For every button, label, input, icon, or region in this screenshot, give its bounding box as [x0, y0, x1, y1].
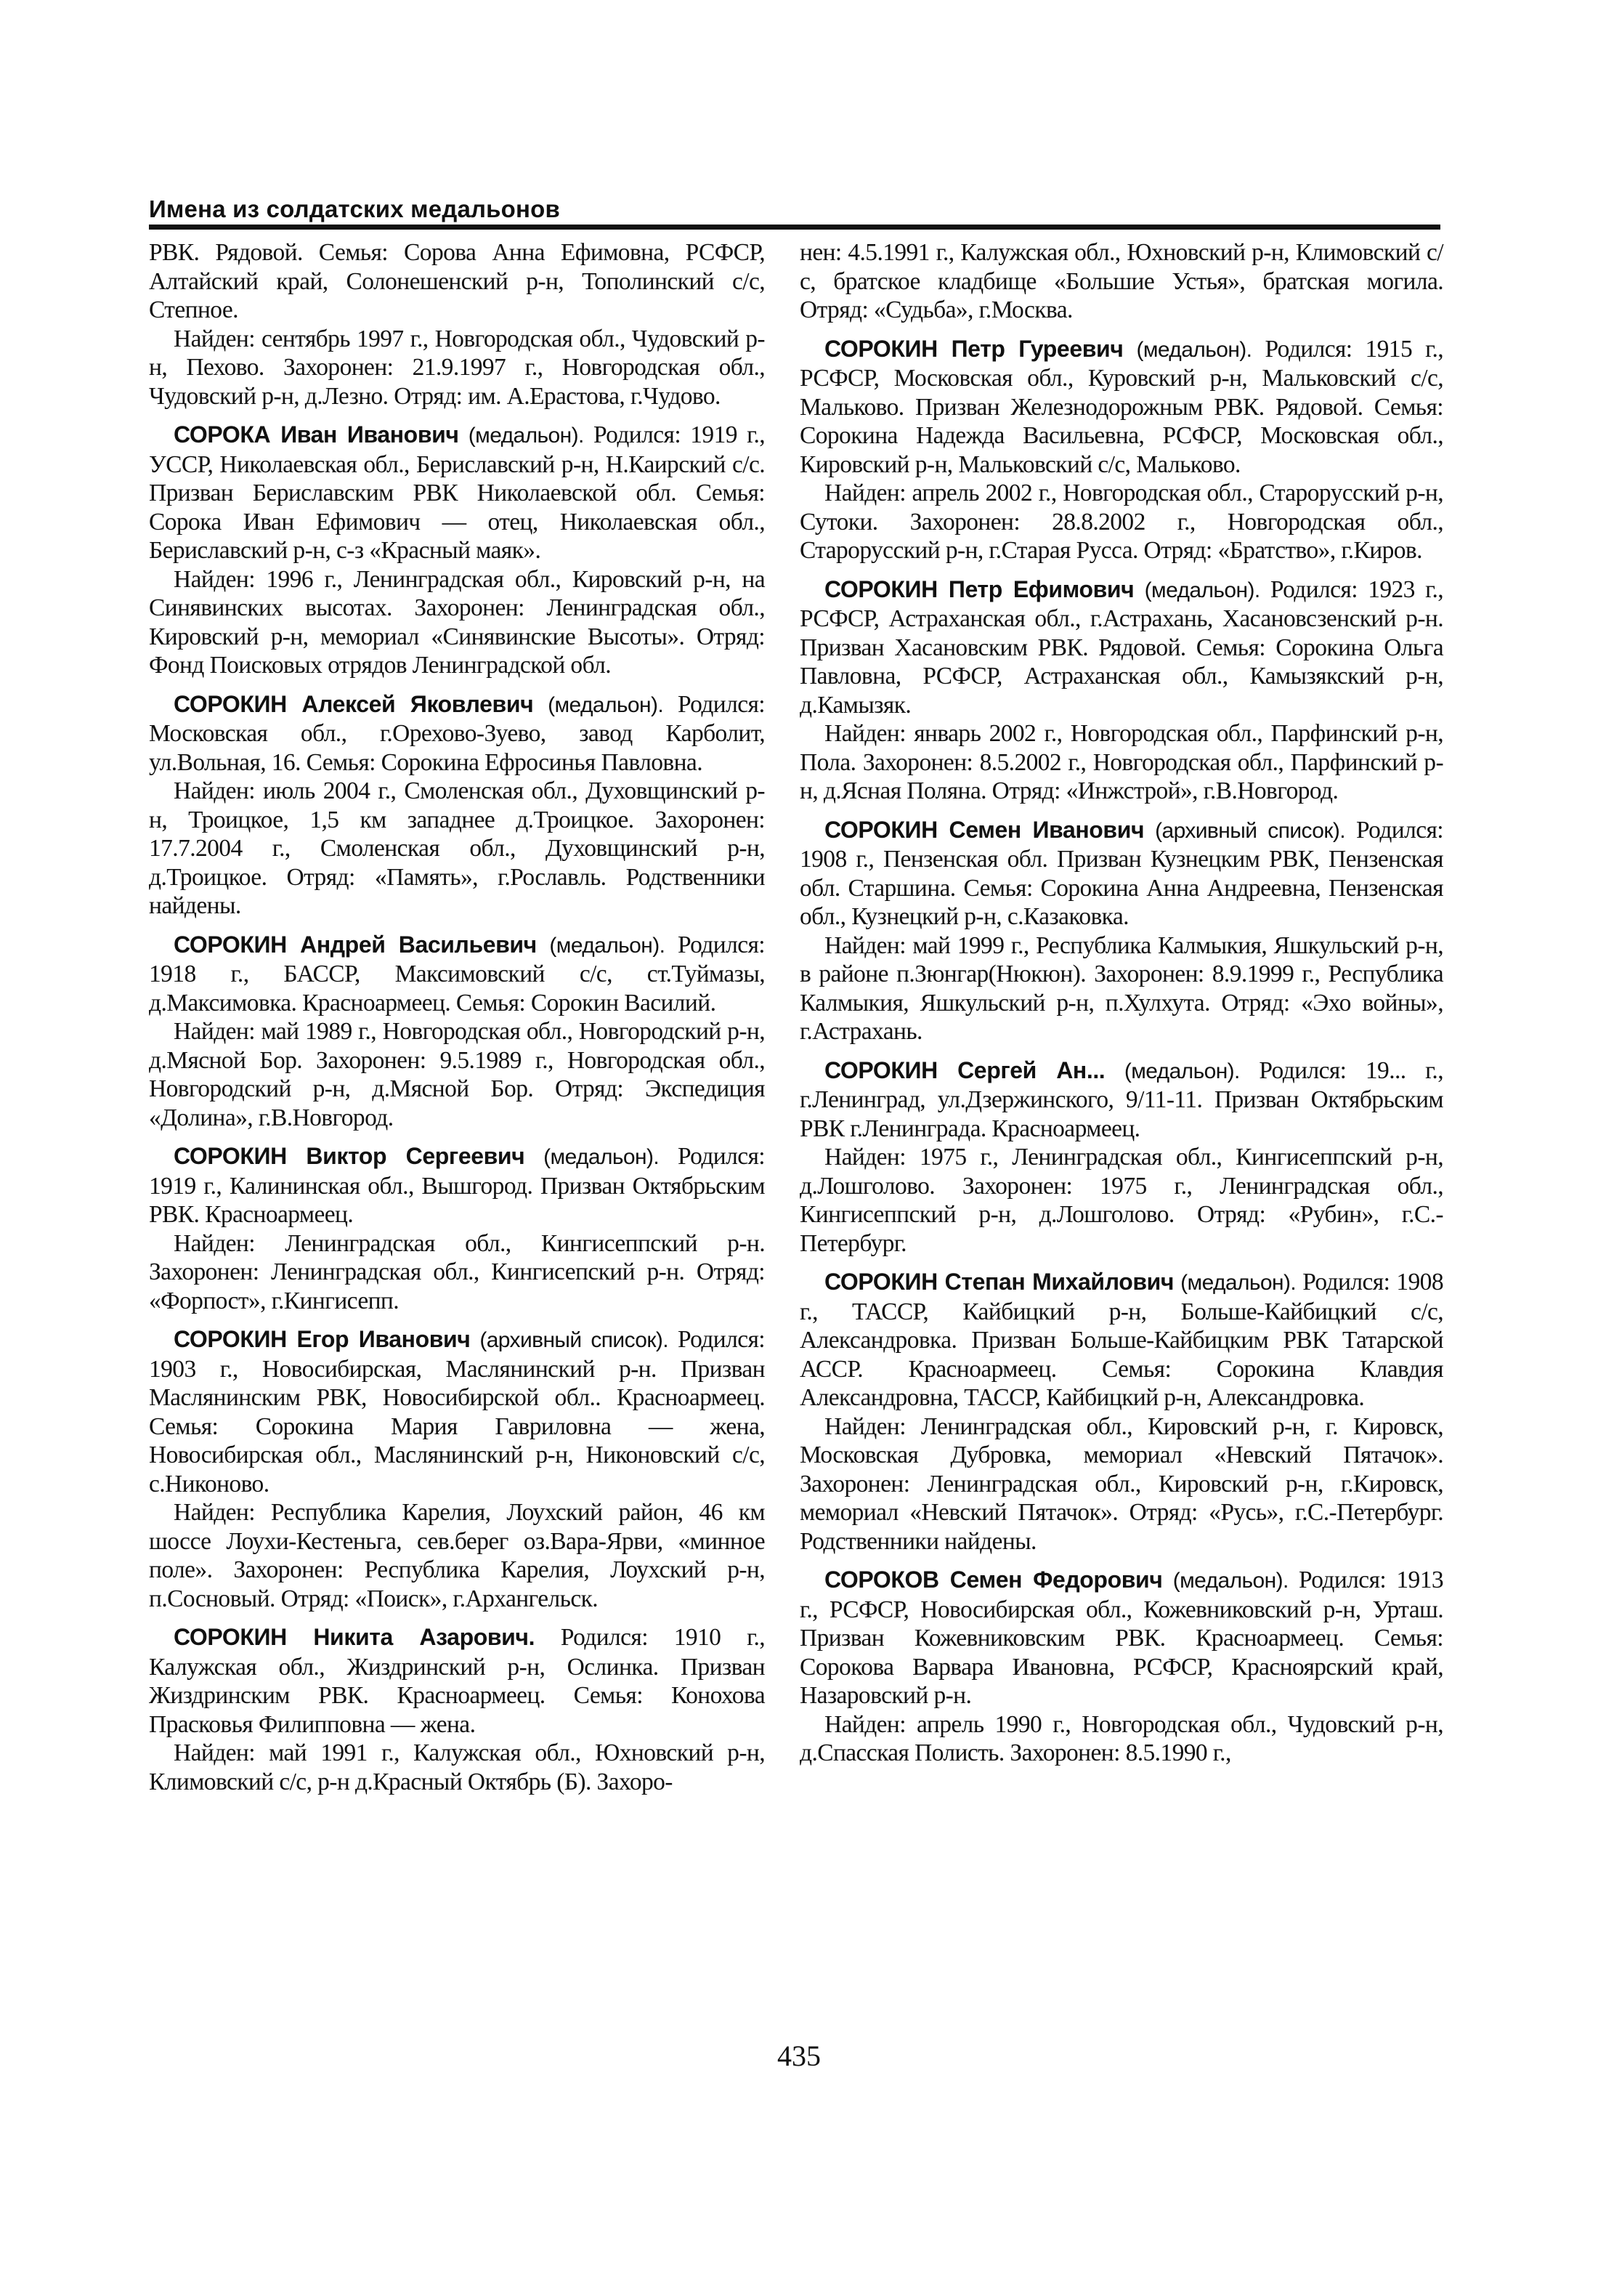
running-head-title: Имена из солдатских медальонов — [149, 195, 1443, 224]
header-rule — [149, 225, 1440, 230]
entry-name: СОРОКИН Петр Гуреевич — [824, 336, 1123, 362]
entry-name: СОРОКИН Виктор Сергеевич — [174, 1143, 524, 1169]
entry-sorokin-stepan: СОРОКИН Степан Михайлович (медальон). Ро… — [800, 1268, 1443, 1556]
entry-found: Найден: Ленинградская обл., Кингисеппски… — [149, 1229, 765, 1316]
entry-found: Найден: май 1999 г., Республика Калмыкия… — [800, 931, 1443, 1046]
entry-name: СОРОКИН Андрей Васильевич — [174, 931, 537, 958]
entry-bio: РВК. Рядовой. Семья: Сорова Анна Ефимовн… — [149, 238, 765, 325]
entry-found: Найден: 1975 г., Ленинградская обл., Кин… — [800, 1143, 1443, 1258]
entry-bio: СОРОКИН Виктор Сергеевич (медальон). Род… — [149, 1142, 765, 1229]
entry-sorokin-aleksey: СОРОКИН Алексей Яковлевич (медальон). Ро… — [149, 690, 765, 921]
right-column: нен: 4.5.1991 г., Калужская обл., Юхновс… — [800, 238, 1443, 1806]
entry-source: (архивный список). — [1155, 819, 1345, 843]
entry-sorokin-nikita: СОРОКИН Никита Азарович. Родился: 1910 г… — [149, 1623, 765, 1796]
entry-sorokin-sergey: СОРОКИН Сергей Ан... (медальон). Родился… — [800, 1056, 1443, 1258]
entry-source: (медальон). — [549, 934, 665, 958]
entry-bio: СОРОКИН Сергей Ан... (медальон). Родился… — [800, 1056, 1443, 1144]
entry-found: Найден: апрель 1990 г., Новгородская обл… — [800, 1710, 1443, 1768]
entry-found: нен: 4.5.1991 г., Калужская обл., Юхновс… — [800, 238, 1443, 325]
entry-source: (медальон). — [1136, 338, 1252, 362]
entry-bio: СОРОКА Иван Иванович (медальон). Родился… — [149, 421, 765, 565]
entry-bio: СОРОКИН Алексей Яковлевич (медальон). Ро… — [149, 690, 765, 777]
entry-source: (медальон). — [1124, 1059, 1240, 1083]
entry-found: Найден: сентябрь 1997 г., Новгородская о… — [149, 325, 765, 411]
left-column: РВК. Рядовой. Семья: Сорова Анна Ефимовн… — [149, 238, 765, 1806]
entry-found: Найден: 1996 г., Ленинградская обл., Кир… — [149, 565, 765, 680]
entry-sorokin-semen: СОРОКИН Семен Иванович (архивный список)… — [800, 816, 1443, 1046]
entry-sorokin-petr-gureevich: СОРОКИН Петр Гуреевич (медальон). Родилс… — [800, 335, 1443, 565]
entry-bio: СОРОКИН Никита Азарович. Родился: 1910 г… — [149, 1623, 765, 1739]
entry-name: СОРОКА Иван Иванович — [174, 421, 459, 448]
entry-name: СОРОКИН Степан Михайлович — [824, 1269, 1174, 1295]
entry-bio: СОРОКИН Андрей Васильевич (медальон). Ро… — [149, 931, 765, 1018]
entry-name: СОРОКИН Алексей Яковлевич — [174, 691, 533, 717]
entry-name: СОРОКИН Егор Иванович — [174, 1326, 470, 1352]
entry-bio: СОРОКИН Егор Иванович (архивный список).… — [149, 1325, 765, 1498]
book-page: Имена из солдатских медальонов РВК. Рядо… — [149, 195, 1443, 1806]
continued-entry: нен: 4.5.1991 г., Калужская обл., Юхновс… — [800, 238, 1443, 325]
entry-name: СОРОКИН Петр Ефимович — [824, 576, 1134, 602]
entry-source: (медальон). — [543, 1145, 659, 1169]
continued-entry: РВК. Рядовой. Семья: Сорова Анна Ефимовн… — [149, 238, 765, 411]
entry-bio: СОРОКИН Петр Ефимович (медальон). Родилс… — [800, 575, 1443, 720]
entry-found: Найден: апрель 2002 г., Новгородская обл… — [800, 479, 1443, 565]
entry-source: (медальон). — [1180, 1271, 1296, 1295]
two-column-body: РВК. Рядовой. Семья: Сорова Анна Ефимовн… — [149, 238, 1443, 1806]
entry-sorokin-andrey: СОРОКИН Андрей Васильевич (медальон). Ро… — [149, 931, 765, 1133]
entry-name: СОРОКОВ Семен Федорович — [824, 1567, 1162, 1593]
entry-name: СОРОКИН Никита Азарович. — [174, 1624, 535, 1650]
entry-name: СОРОКИН Семен Иванович — [824, 817, 1144, 843]
entry-found: Найден: май 1989 г., Новгородская обл., … — [149, 1017, 765, 1132]
entry-found: Найден: Республика Карелия, Лоухский рай… — [149, 1498, 765, 1613]
entry-name: СОРОКИН Сергей Ан... — [824, 1057, 1105, 1083]
entry-found: Найден: июль 2004 г., Смоленская обл., Д… — [149, 777, 765, 921]
entry-found: Найден: январь 2002 г., Новгородская обл… — [800, 719, 1443, 806]
entry-bio: СОРОКОВ Семен Федорович (медальон). Роди… — [800, 1566, 1443, 1710]
entry-found: Найден: Ленинградская обл., Кировский р-… — [800, 1412, 1443, 1556]
entry-source: (медальон). — [469, 424, 584, 448]
entry-bio: СОРОКИН Петр Гуреевич (медальон). Родилс… — [800, 335, 1443, 480]
entry-soroka-ivan: СОРОКА Иван Иванович (медальон). Родился… — [149, 421, 765, 680]
entry-source: (медальон). — [1173, 1569, 1289, 1593]
entry-source: (медальон). — [548, 693, 663, 717]
entry-sorokov-semen: СОРОКОВ Семен Федорович (медальон). Роди… — [800, 1566, 1443, 1768]
page-number: 435 — [0, 2039, 1598, 2073]
entry-source: (медальон). — [1145, 578, 1260, 602]
entry-found: Найден: май 1991 г., Калужская обл., Юхн… — [149, 1739, 765, 1796]
entry-source: (архивный список). — [479, 1328, 668, 1352]
entry-sorokin-viktor: СОРОКИН Виктор Сергеевич (медальон). Род… — [149, 1142, 765, 1315]
entry-sorokin-egor: СОРОКИН Егор Иванович (архивный список).… — [149, 1325, 765, 1613]
entry-bio: СОРОКИН Семен Иванович (архивный список)… — [800, 816, 1443, 931]
entry-sorokin-petr-efimovich: СОРОКИН Петр Ефимович (медальон). Родилс… — [800, 575, 1443, 806]
entry-bio: СОРОКИН Степан Михайлович (медальон). Ро… — [800, 1268, 1443, 1412]
